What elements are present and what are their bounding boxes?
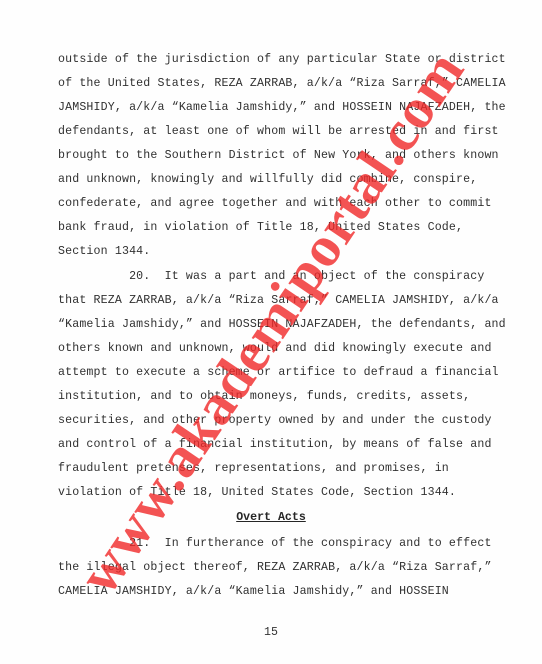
text-line: violation of Title 18, United States Cod…	[58, 486, 456, 500]
text-line: JAMSHIDY, a/k/a “Kamelia Jamshidy,” and …	[58, 101, 506, 115]
text-line: “Kamelia Jamshidy,” and HOSSEIN NAJAFZAD…	[58, 318, 506, 332]
page-number: 15	[0, 626, 542, 639]
text-line: outside of the jurisdiction of any parti…	[58, 53, 506, 67]
paragraph-20-start: 20. It was a part and an object of the c…	[58, 270, 484, 284]
text-line: securities, and other property owned by …	[58, 414, 492, 428]
section-heading: Overt Acts	[0, 511, 542, 524]
text-line: of the United States, REZA ZARRAB, a/k/a…	[58, 77, 506, 91]
text-line: Section 1344.	[58, 245, 150, 259]
text-line: the illegal object thereof, REZA ZARRAB,…	[58, 561, 492, 575]
text-line: that REZA ZARRAB, a/k/a “Riza Sarraf,” C…	[58, 294, 499, 308]
text-line: fraudulent pretenses, representations, a…	[58, 462, 449, 476]
text-line: brought to the Southern District of New …	[58, 149, 499, 163]
paragraph-21-start: 21. In furtherance of the conspiracy and…	[58, 537, 492, 551]
document-page: outside of the jurisdiction of any parti…	[0, 0, 542, 664]
text-line: and unknown, knowingly and willfully did…	[58, 173, 477, 187]
text-line: defendants, at least one of whom will be…	[58, 125, 499, 139]
text-line: institution, and to obtain moneys, funds…	[58, 390, 470, 404]
text-line: attempt to execute a scheme or artifice …	[58, 366, 499, 380]
text-line: and control of a financial institution, …	[58, 438, 492, 452]
text-line: others known and unknown, would and did …	[58, 342, 492, 356]
text-line: CAMELIA JAMSHIDY, a/k/a “Kamelia Jamshid…	[58, 585, 449, 599]
text-line: confederate, and agree together and with…	[58, 197, 492, 211]
text-line: bank fraud, in violation of Title 18, Un…	[58, 221, 463, 235]
